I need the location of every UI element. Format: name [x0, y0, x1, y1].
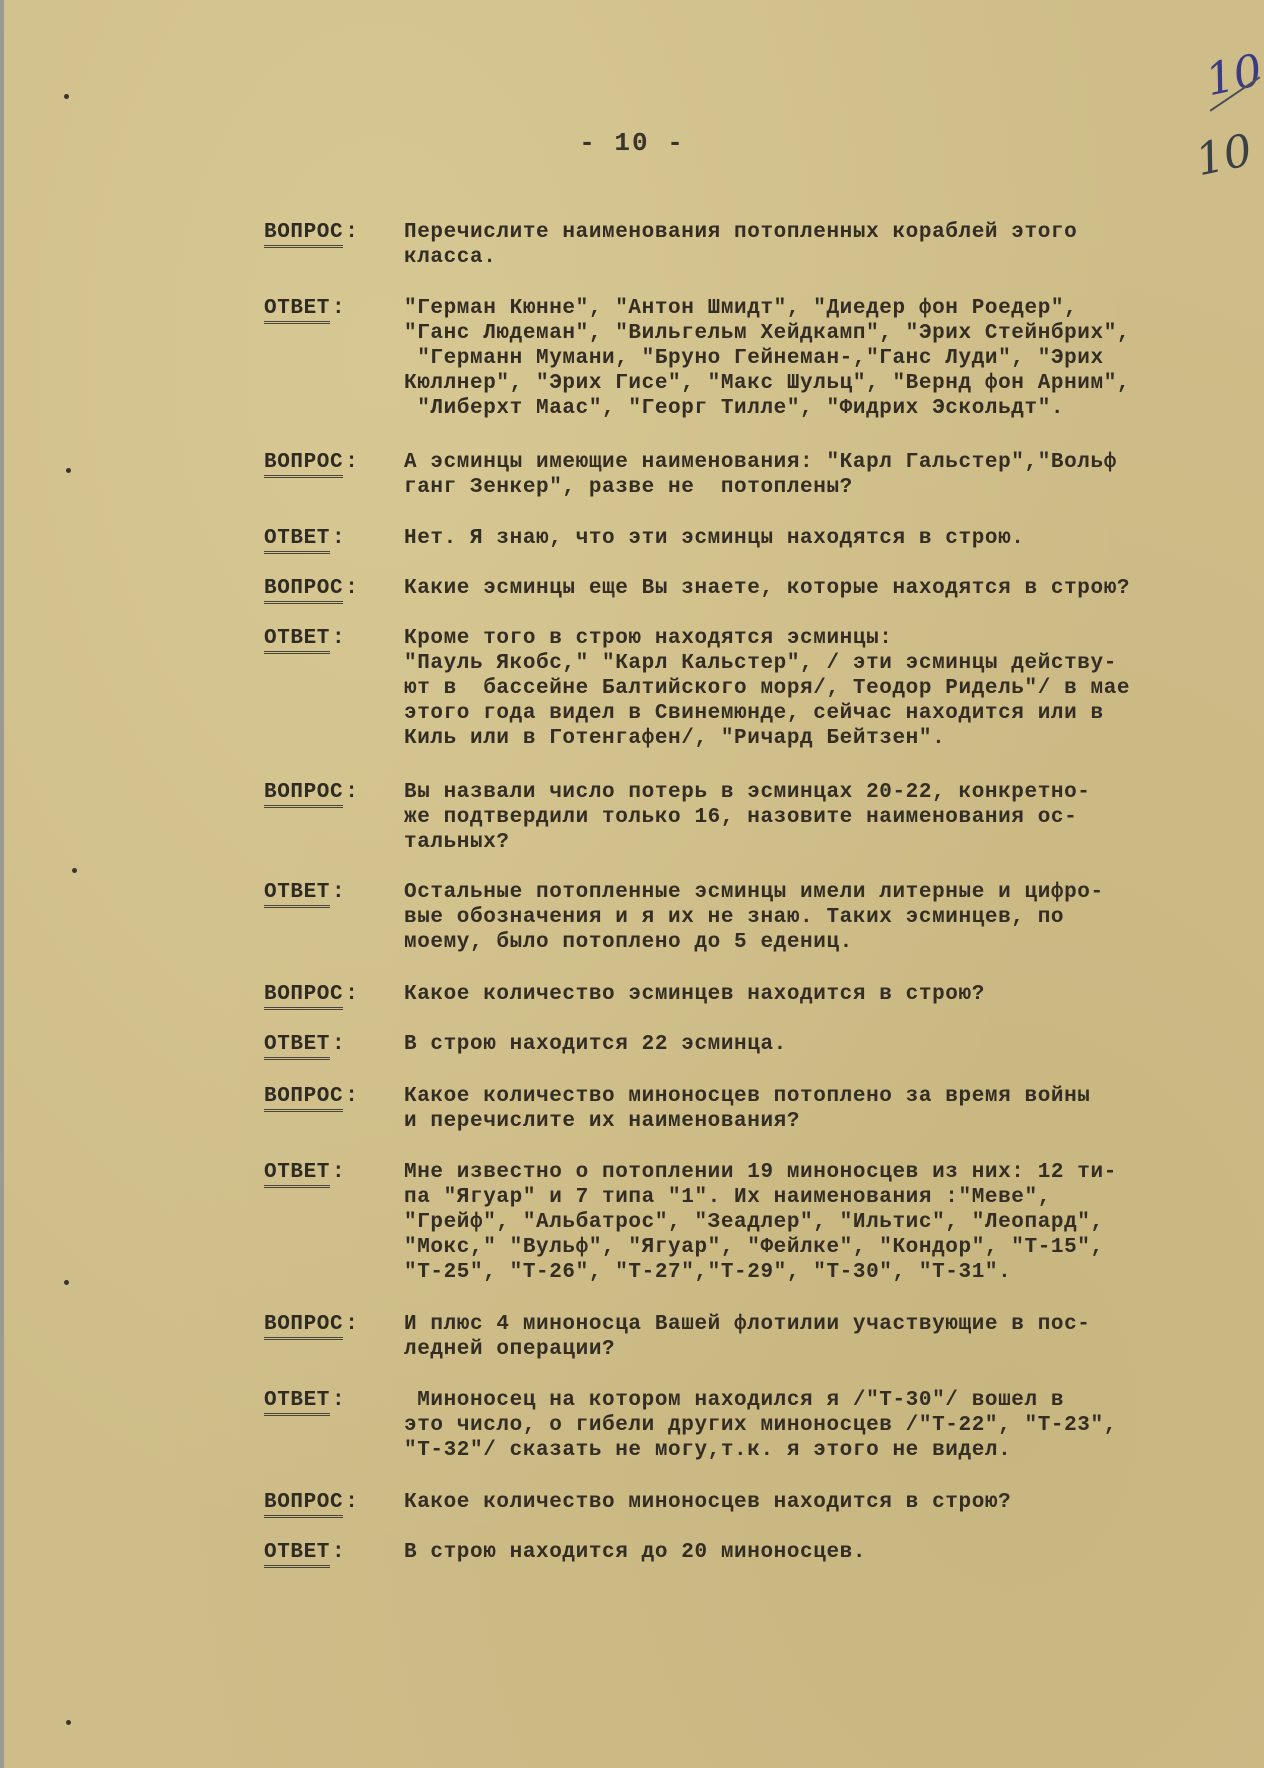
- margin-mark: [64, 94, 69, 99]
- page-number: - 10 -: [0, 128, 1264, 158]
- qa-entry-answer: ОТВЕТ: В строю находится 22 эсминца.: [264, 1032, 1254, 1060]
- entry-text: Кроме того в строю находятся эсминцы: "П…: [404, 626, 1254, 751]
- qa-entry-answer: ОТВЕТ: Остальные потопленные эсминцы име…: [264, 880, 1254, 955]
- scan-edge: [0, 0, 4, 1768]
- qa-entry-question: ВОПРОС: И плюс 4 миноносца Вашей флотили…: [264, 1312, 1254, 1362]
- entry-text: Какие эсминцы еще Вы знаете, которые нах…: [404, 576, 1254, 604]
- entry-text: Какое количество миноносцев находится в …: [404, 1490, 1254, 1518]
- qa-entry-question: ВОПРОС: Какие эсминцы еще Вы знаете, кот…: [264, 576, 1254, 604]
- entry-text: И плюс 4 миноносца Вашей флотилии участв…: [404, 1312, 1254, 1362]
- entry-text: В строю находится 22 эсминца.: [404, 1032, 1254, 1060]
- qa-entry-question: ВОПРОС: Перечислите наименования потопле…: [264, 220, 1254, 270]
- entry-text: Какое количество эсминцев находится в ст…: [404, 982, 1254, 1010]
- document-page: 10 10 - 10 - ВОПРОС: Перечислите наимено…: [0, 0, 1264, 1768]
- margin-mark: [72, 868, 77, 873]
- question-label: ВОПРОС:: [264, 450, 404, 500]
- entry-text: Мне известно о потоплении 19 миноносцев …: [404, 1160, 1254, 1285]
- qa-entry-answer: ОТВЕТ: Нет. Я знаю, что эти эсминцы нахо…: [264, 526, 1254, 554]
- margin-mark: [64, 1280, 69, 1285]
- qa-entry-answer: ОТВЕТ: Миноносец на котором находился я …: [264, 1388, 1254, 1463]
- entry-text: Перечислите наименования потопленных кор…: [404, 220, 1254, 270]
- qa-entry-answer: ОТВЕТ: Кроме того в строю находятся эсми…: [264, 626, 1254, 751]
- entry-text: Миноносец на котором находился я /"Т-30"…: [404, 1388, 1254, 1463]
- entry-text: "Герман Кюнне", "Антон Шмидт", "Диедер ф…: [404, 296, 1254, 421]
- entry-text: А эсминцы имеющие наименования: "Карл Га…: [404, 450, 1254, 500]
- question-label: ВОПРОС:: [264, 1312, 404, 1362]
- question-label: ВОПРОС:: [264, 982, 404, 1010]
- entry-text: Нет. Я знаю, что эти эсминцы находятся в…: [404, 526, 1254, 554]
- margin-mark: [66, 1720, 71, 1725]
- margin-mark: [66, 468, 71, 473]
- question-label: ВОПРОС:: [264, 780, 404, 855]
- answer-label: ОТВЕТ:: [264, 880, 404, 955]
- entry-text: Остальные потопленные эсминцы имели лите…: [404, 880, 1254, 955]
- answer-label: ОТВЕТ:: [264, 626, 404, 751]
- question-label: ВОПРОС:: [264, 1084, 404, 1134]
- answer-label: ОТВЕТ:: [264, 1540, 404, 1568]
- entry-text: Какое количество миноносцев потоплено за…: [404, 1084, 1254, 1134]
- entry-text: В строю находится до 20 миноносцев.: [404, 1540, 1254, 1568]
- answer-label: ОТВЕТ:: [264, 1160, 404, 1285]
- qa-entry-question: ВОПРОС: Какое количество миноносцев нахо…: [264, 1490, 1254, 1518]
- answer-label: ОТВЕТ:: [264, 296, 404, 421]
- question-label: ВОПРОС:: [264, 576, 404, 604]
- handwritten-page-number: 10: [1201, 45, 1264, 107]
- qa-entry-question: ВОПРОС: Какое количество эсминцев находи…: [264, 982, 1254, 1010]
- question-label: ВОПРОС:: [264, 1490, 404, 1518]
- qa-entry-question: ВОПРОС: Вы назвали число потерь в эсминц…: [264, 780, 1254, 855]
- answer-label: ОТВЕТ:: [264, 526, 404, 554]
- qa-entry-question: ВОПРОС: Какое количество миноносцев пото…: [264, 1084, 1254, 1134]
- entry-text: Вы назвали число потерь в эсминцах 20-22…: [404, 780, 1254, 855]
- answer-label: ОТВЕТ:: [264, 1388, 404, 1463]
- answer-label: ОТВЕТ:: [264, 1032, 404, 1060]
- question-label: ВОПРОС:: [264, 220, 404, 270]
- qa-entry-answer: ОТВЕТ: В строю находится до 20 миноносце…: [264, 1540, 1254, 1568]
- qa-entry-answer: ОТВЕТ: "Герман Кюнне", "Антон Шмидт", "Д…: [264, 296, 1254, 421]
- qa-entry-question: ВОПРОС: А эсминцы имеющие наименования: …: [264, 450, 1254, 500]
- qa-entry-answer: ОТВЕТ: Мне известно о потоплении 19 мино…: [264, 1160, 1254, 1285]
